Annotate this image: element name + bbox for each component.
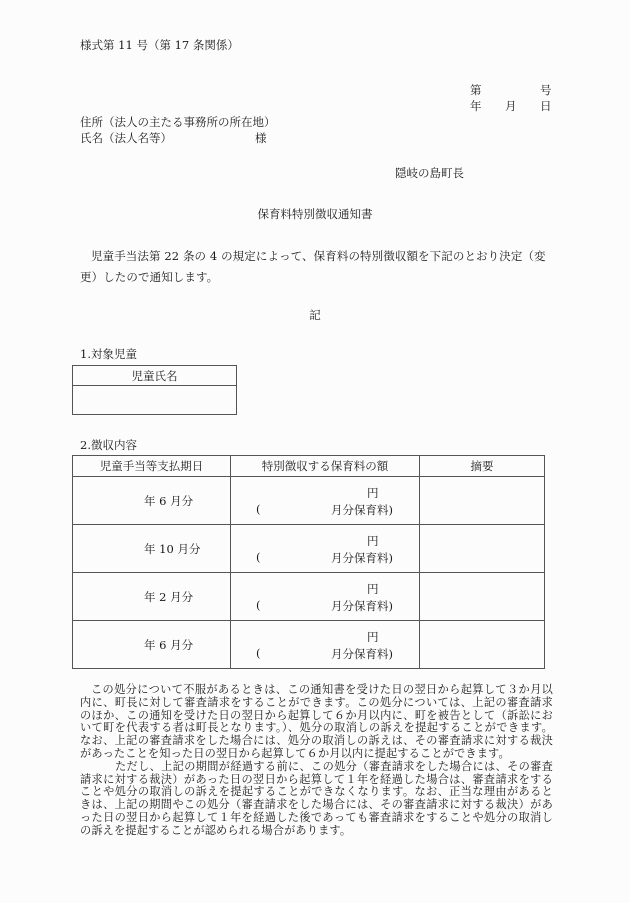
intro-paragraph: 児童手当法第 22 条の 4 の規定によって、保育料の特別徴収額を下記のとおり決… [80,246,552,288]
col-header-amount: 特別徴収する保育料の額 [231,456,420,477]
amount-cell[interactable]: 円 ( 月分保育料) [231,573,420,621]
date-month: 月 [505,99,517,113]
recipient-name-label: 氏名（法人名等） [80,131,172,145]
month-fee-label: 月分保育料) [331,598,393,614]
ki-marker: 記 [0,308,630,322]
period-cell: 年 6 月分 [73,621,231,669]
child-table: 児童氏名 [72,365,237,415]
recipient-address-label: 住所（法人の主たる事務所の所在地） [80,115,276,129]
yen-label: 円 [367,485,379,501]
doc-number-prefix: 第 [470,83,482,97]
issuer: 隠岐の島町長 [395,166,464,180]
document-title: 保育料特別徴収通知書 [0,207,630,221]
month-fee-label: 月分保育料) [331,646,393,662]
child-name-header: 児童氏名 [73,366,237,386]
paren-open: ( [256,598,261,612]
yen-label: 円 [367,533,379,549]
section2-heading: 2.徴収内容 [80,438,137,452]
form-number: 様式第 11 号（第 17 条関係） [80,38,239,52]
paren-open: ( [256,646,261,660]
col-header-payment-date: 児童手当等支払期日 [73,456,231,477]
period-cell: 年 2 月分 [73,573,231,621]
collection-table: 児童手当等支払期日 特別徴収する保育料の額 摘要 年 6 月分 円 ( 月分保育… [72,455,545,669]
month-fee-label: 月分保育料) [331,502,393,518]
table-row: 年 6 月分 円 ( 月分保育料) [73,621,545,669]
honorific: 様 [255,131,267,145]
doc-number-suffix: 号 [540,83,552,97]
section1-heading: 1.対象児童 [80,347,137,361]
appeal-notice: この処分について不服があるときは、この通知書を受けた日の翌日から起算して３か月以… [80,684,553,838]
note-cell[interactable] [420,525,545,573]
paren-open: ( [256,502,261,516]
note-cell[interactable] [420,573,545,621]
col-header-note: 摘要 [420,456,545,477]
yen-label: 円 [367,629,379,645]
table-row: 年 2 月分 円 ( 月分保育料) [73,573,545,621]
note-cell[interactable] [420,477,545,525]
appeal-notice-paragraph-1: この処分について不服があるときは、この通知書を受けた日の翌日から起算して３か月以… [80,684,553,761]
yen-label: 円 [367,581,379,597]
table-row: 年 10 月分 円 ( 月分保育料) [73,525,545,573]
amount-cell[interactable]: 円 ( 月分保育料) [231,621,420,669]
note-cell[interactable] [420,621,545,669]
month-fee-label: 月分保育料) [331,550,393,566]
table-row: 年 6 月分 円 ( 月分保育料) [73,477,545,525]
paren-open: ( [256,550,261,564]
appeal-notice-paragraph-2: ただし、上記の期間が経過する前に、この処分（審査請求をした場合には、その審査請求… [80,761,553,838]
amount-cell[interactable]: 円 ( 月分保育料) [231,477,420,525]
date-year: 年 [470,99,482,113]
child-name-field[interactable] [73,386,237,415]
period-cell: 年 10 月分 [73,525,231,573]
amount-cell[interactable]: 円 ( 月分保育料) [231,525,420,573]
date-day: 日 [540,99,552,113]
period-cell: 年 6 月分 [73,477,231,525]
